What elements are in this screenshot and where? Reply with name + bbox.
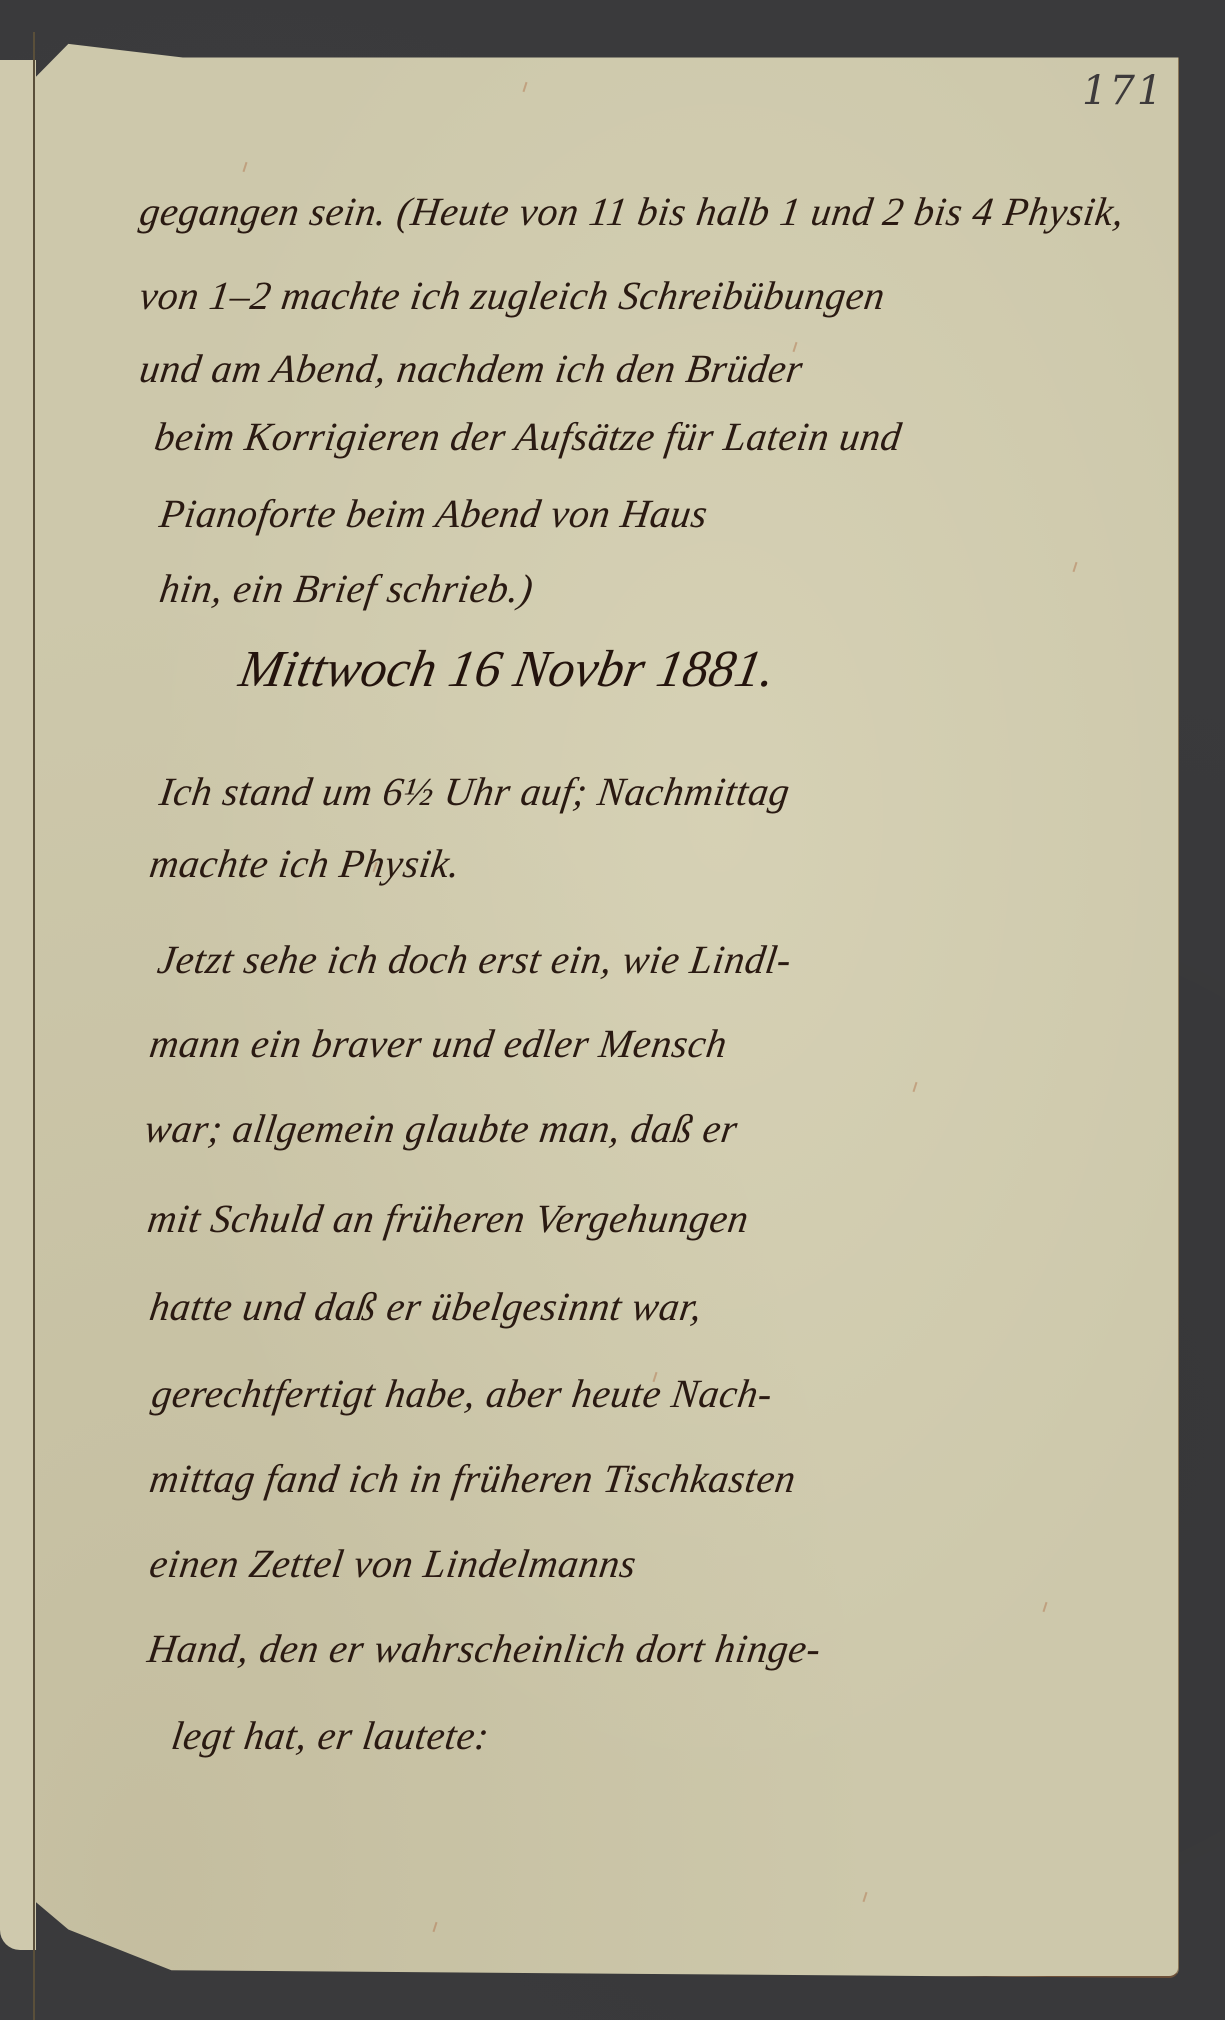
- text-line: einen Zettel von Lindelmanns: [147, 1540, 640, 1587]
- text-line: mit Schuld an früheren Vergehungen: [145, 1195, 752, 1242]
- text-line: war; allgemein glaubte man, daß er: [142, 1105, 741, 1152]
- paper-fleck: [243, 162, 248, 172]
- text-line: Jetzt sehe ich doch erst ein, wie Lindl-: [155, 936, 795, 983]
- manuscript-page: [34, 40, 1179, 1978]
- paper-fleck: [913, 1082, 918, 1092]
- paper-fleck: [1073, 562, 1078, 572]
- previous-page-edge: [0, 60, 36, 1950]
- text-line: von 1–2 machte ich zugleich Schreibübung…: [137, 272, 888, 319]
- text-line: gegangen sein. (Heute von 11 bis halb 1 …: [137, 188, 1128, 235]
- text-line: hatte und daß er übelgesinnt war,: [147, 1283, 706, 1330]
- binding-spine: [33, 32, 35, 2020]
- paper-fleck: [1043, 1602, 1048, 1612]
- text-line: Pianoforte beim Abend von Haus: [157, 490, 711, 537]
- text-line: Hand, den er wahrscheinlich dort hinge-: [145, 1625, 824, 1672]
- text-line: Ich stand um 6½ Uhr auf; Nachmittag: [157, 768, 793, 815]
- text-line: mittag fand ich in früheren Tischkasten: [147, 1455, 799, 1502]
- text-line: und am Abend, nachdem ich den Brüder: [137, 345, 806, 392]
- folio-number: 171: [1082, 68, 1164, 114]
- text-line: mann ein braver und edler Mensch: [147, 1020, 731, 1067]
- paper-fleck: [863, 1892, 868, 1902]
- text-line: hin, ein Brief schrieb.): [157, 565, 537, 612]
- paper-fleck: [523, 82, 528, 92]
- entry-date-heading: Mittwoch 16 Novbr 1881.: [235, 640, 780, 699]
- paper-fleck: [433, 1922, 438, 1932]
- text-line: legt hat, er lautete:: [169, 1712, 493, 1759]
- text-line: beim Korrigieren der Aufsätze für Latein…: [152, 413, 905, 460]
- text-line: gerechtfertigt habe, aber heute Nach-: [149, 1370, 776, 1417]
- text-line: machte ich Physik.: [147, 840, 464, 887]
